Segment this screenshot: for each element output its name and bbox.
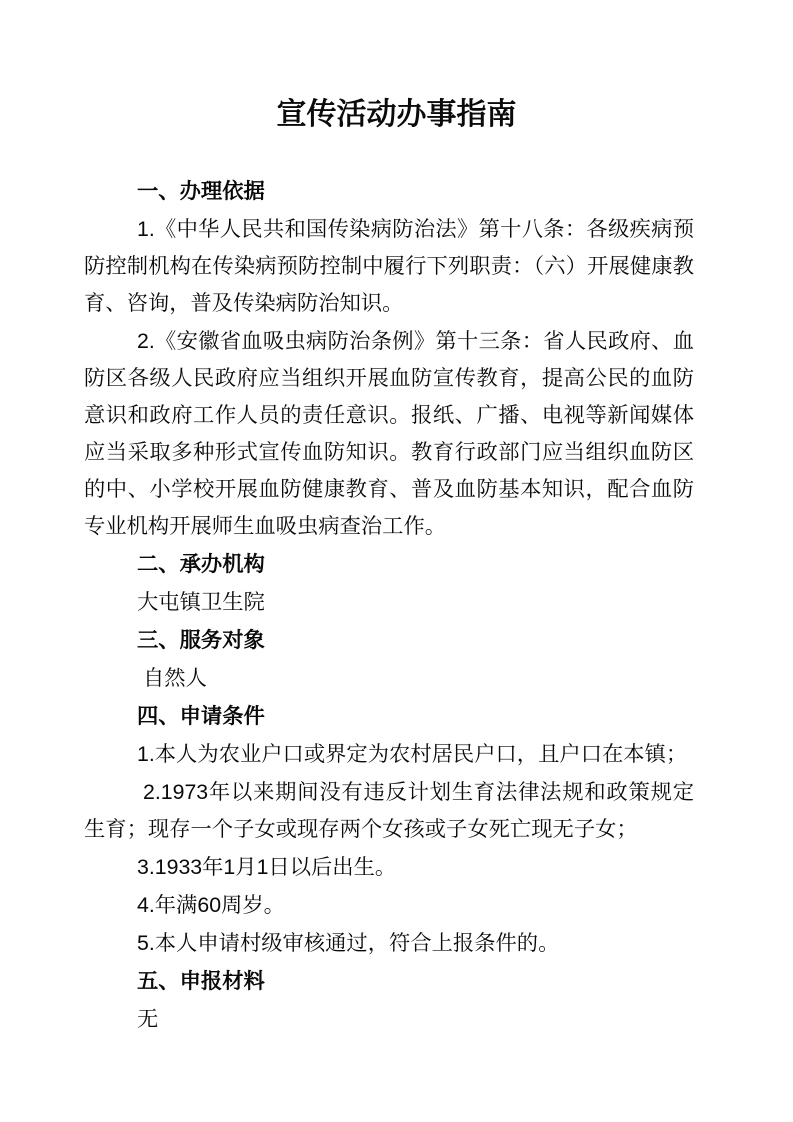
service-target-value: 自然人: [84, 660, 694, 697]
basis-paragraph-2: 2.《安徽省血吸虫病防治条例》第十三条：省人民政府、血防区各级人民政府应当组织开…: [84, 323, 694, 545]
section-heading-materials: 五、申报材料: [84, 963, 694, 1000]
agency-name: 大屯镇卫生院: [84, 584, 694, 621]
condition-item-5: 5.本人申请村级审核通过，符合上报条件的。: [84, 925, 694, 962]
condition-item-2: 2.1973年以来期间没有违反计划生育法律法规和政策规定生育；现存一个子女或现存…: [84, 774, 694, 848]
condition-item-4: 4.年满60周岁。: [84, 887, 694, 924]
materials-value: 无: [84, 1001, 694, 1038]
basis-paragraph-1: 1.《中华人民共和国传染病防治法》第十八条：各级疾病预防控制机构在传染病预防控制…: [84, 211, 694, 322]
section-heading-conditions: 四、申请条件: [84, 698, 694, 735]
document-page: 宣传活动办事指南 一、办理依据 1.《中华人民共和国传染病防治法》第十八条：各级…: [0, 0, 793, 1122]
condition-item-1: 1.本人为农业户口或界定为农村居民户口，且户口在本镇；: [84, 736, 694, 773]
document-body: 一、办理依据 1.《中华人民共和国传染病防治法》第十八条：各级疾病预防控制机构在…: [84, 173, 694, 1038]
section-heading-basis: 一、办理依据: [84, 173, 694, 210]
condition-item-3: 3.1933年1月1日以后出生。: [84, 849, 694, 886]
section-heading-agency: 二、承办机构: [84, 546, 694, 583]
section-heading-service-target: 三、服务对象: [84, 622, 694, 659]
document-title: 宣传活动办事指南: [0, 92, 793, 138]
